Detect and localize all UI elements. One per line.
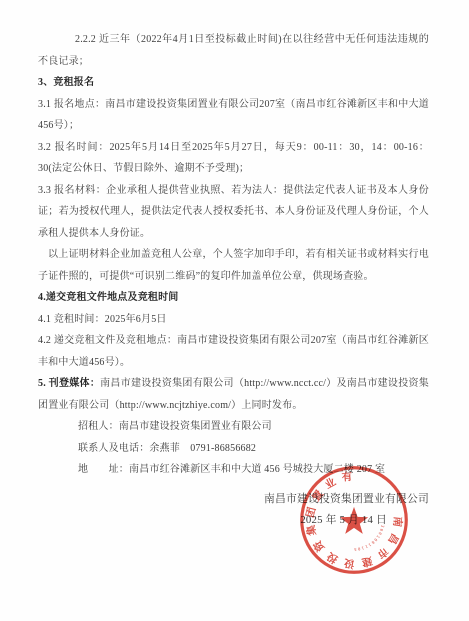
clause-3-1: 3.1 报名地点：南昌市建设投资集团置业有限公司207室（南昌市红谷滩新区丰和中… — [38, 94, 429, 137]
clause-3-2: 3.2 报名时间：2025年5月14日至2025年5月27日，每天9：00-11… — [38, 137, 429, 180]
materials-note: 以上证明材料企业加盖竞租人公章，个人签字加印手印，若有相关证书或材料实行电子证件… — [38, 244, 429, 287]
clause-4-2: 4.2 递交竞租文件及竞租地点：南昌市建设投资集团有限公司207室（南昌市红谷滩… — [38, 330, 429, 373]
scanned-document-page: 2.2.2 近三年（2022年4月1日至投标截止时间)在以往经营中无任何违法违规… — [0, 0, 469, 621]
clause-4-1: 4.1 竞租时间：2025年6月5日 — [38, 309, 429, 331]
contact-phone-line: 联系人及电话：余燕菲 0791-86856682 — [38, 438, 429, 460]
section-4-heading: 4.递交竞租文件地点及竞租时间 — [38, 287, 429, 309]
signature-block: 南昌市建设投资集团置业有限公司 2025 年 5 月 14 日 — [38, 489, 429, 532]
clause-2-2-2: 2.2.2 近三年（2022年4月1日至投标截止时间)在以往经营中无任何违法违规… — [38, 29, 429, 72]
document-body: 2.2.2 近三年（2022年4月1日至投标截止时间)在以往经营中无任何违法违规… — [38, 29, 429, 532]
signature-company: 南昌市建设投资集团置业有限公司 — [38, 489, 429, 511]
clause-3-3: 3.3 报名材料：企业承租人提供营业执照、若为法人：提供法定代表人证书及本人身份… — [38, 180, 429, 245]
address-line: 地 址：南昌市红谷滩新区丰和中大道 456 号城投大厦二楼 207 室 — [38, 459, 429, 481]
lessor-line: 招租人：南昌市建设投资集团置业有限公司 — [38, 416, 429, 438]
clause-5: 5. 刊登媒体：南昌市建设投资集团有限公司（http://www.ncct.cc… — [38, 373, 429, 416]
section-5-label: 5. 刊登媒体： — [38, 378, 100, 389]
section-3-heading: 3、竞租报名 — [38, 72, 429, 94]
signature-date: 2025 年 5 月 14 日 — [38, 510, 429, 532]
